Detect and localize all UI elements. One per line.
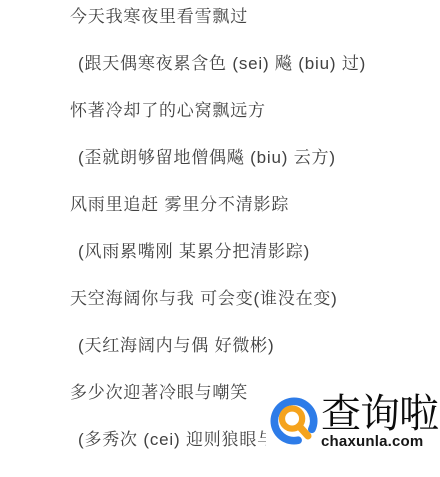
magnifier-in-ring-icon bbox=[270, 397, 318, 445]
lyric-line: 风雨里追赶 雾里分不清影踪 bbox=[70, 195, 440, 242]
lyric-line: 怀著冷却了的心窝飘远方 bbox=[70, 101, 440, 148]
brand-name: 查询啦 bbox=[321, 393, 438, 435]
phonetic-line: (歪就朗够留地僧偶飚 (biu) 云方) bbox=[70, 148, 440, 195]
phonetic-line: (天红海阔内与偶 好微彬) bbox=[70, 336, 440, 383]
phonetic-line: (风雨累嘴刚 某累分把清影踪) bbox=[70, 242, 440, 289]
lyric-line: 今天我寒夜里看雪飘过 bbox=[70, 7, 440, 54]
watermark-text-block: 查询啦 chaxunla.com bbox=[321, 393, 438, 449]
chaxunla-watermark: 查询啦 chaxunla.com bbox=[266, 391, 439, 451]
lyric-line: 天空海阔你与我 可会变(谁没在变) bbox=[70, 289, 440, 336]
phonetic-line: (跟天偶寒夜累含色 (sei) 飚 (biu) 过) bbox=[70, 54, 440, 101]
brand-domain: chaxunla.com bbox=[321, 434, 423, 449]
